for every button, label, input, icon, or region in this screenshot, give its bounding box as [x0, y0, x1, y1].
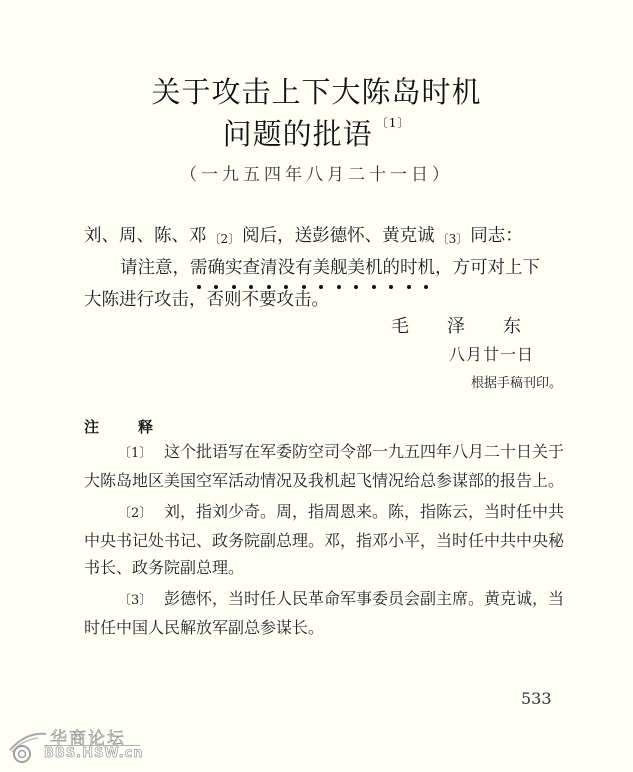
body-line-1: 请注意，需确实查清没有美舰美机的时机，方可对上下 — [84, 252, 564, 284]
watermark-url: BBS.HSW.cn — [44, 746, 144, 761]
emphasis-char: 舰 — [330, 252, 348, 284]
body-before-emphasis: 请注意， — [120, 258, 190, 278]
emphasis-char: 机 — [365, 252, 383, 284]
note-ref-3[interactable]: 〔3〕 — [437, 232, 469, 246]
emphasis-char: 确 — [208, 252, 226, 284]
note-number: 〔3〕 — [84, 587, 164, 614]
note-number: 〔2〕 — [84, 500, 164, 527]
note-item-3: 〔3〕彭德怀，当时任人民革命军事委员会副主席。黄克诚，当时任中国人民解放军副总参… — [84, 585, 566, 641]
signature-date: 八月廿一日 — [449, 342, 534, 365]
body-paragraph: 请注意，需确实查清没有美舰美机的时机，方可对上下 大陈进行攻击，否则不要攻击。 — [84, 252, 564, 316]
emphasis-char: 查 — [243, 252, 261, 284]
emphasis-text: 需确实查清没有美舰美机的时机 — [190, 258, 435, 278]
title-line-2: 问题的批语〔1〕 — [0, 112, 633, 153]
watermark: 华商论坛 BBS.HSW.cn — [8, 724, 158, 766]
emphasis-char: 美 — [348, 252, 366, 284]
emphasis-char: 清 — [260, 252, 278, 284]
address-part-2: 阅后，送彭德怀、黄克诚 — [242, 226, 435, 246]
emphasis-char: 美 — [313, 252, 331, 284]
notes-heading: 注 释 — [84, 416, 165, 437]
emphasis-char: 有 — [295, 252, 313, 284]
title-note-ref[interactable]: 〔1〕 — [376, 116, 411, 130]
emphasis-char: 的 — [383, 252, 401, 284]
signature: 毛 泽 东 — [391, 312, 531, 338]
address-line: 刘、周、陈、邓〔2〕阅后，送彭德怀、黄克诚〔3〕同志： — [84, 220, 564, 252]
emphasis-char: 机 — [418, 252, 436, 284]
eye-logo-icon — [8, 726, 48, 766]
page-number: 533 — [521, 689, 552, 708]
emphasis-char: 实 — [225, 252, 243, 284]
note-item-2: 〔2〕刘，指刘少奇。周，指周恩来。陈，指陈云，当时任中共中央书记处书记、政务院副… — [84, 498, 566, 581]
note-ref-2[interactable]: 〔2〕 — [209, 232, 241, 246]
source-note: 根据手稿刊印。 — [471, 372, 562, 391]
document-page: 关于攻击上下大陈岛时机 问题的批语〔1〕 （一九五四年八月二十一日） 刘、周、陈… — [0, 0, 633, 772]
title-line-2-text: 问题的批语 — [223, 117, 373, 151]
note-item-1: 〔1〕这个批语写在军委防空司令部一九五四年八月二十日关于大陈岛地区美国空军活动情… — [84, 438, 566, 494]
notes-list: 〔1〕这个批语写在军委防空司令部一九五四年八月二十日关于大陈岛地区美国空军活动情… — [84, 438, 566, 645]
document-date: （一九五四年八月二十一日） — [0, 160, 633, 185]
emphasis-char: 需 — [190, 252, 208, 284]
address-part-1: 刘、周、陈、邓 — [84, 226, 207, 246]
body-after-emphasis: ，方可对上下 — [435, 258, 540, 278]
address-part-3: 同志： — [470, 226, 523, 246]
emphasis-char: 时 — [400, 252, 418, 284]
title-line-1: 关于攻击上下大陈岛时机 — [0, 70, 633, 111]
emphasis-char: 没 — [278, 252, 296, 284]
note-number: 〔1〕 — [84, 440, 164, 467]
